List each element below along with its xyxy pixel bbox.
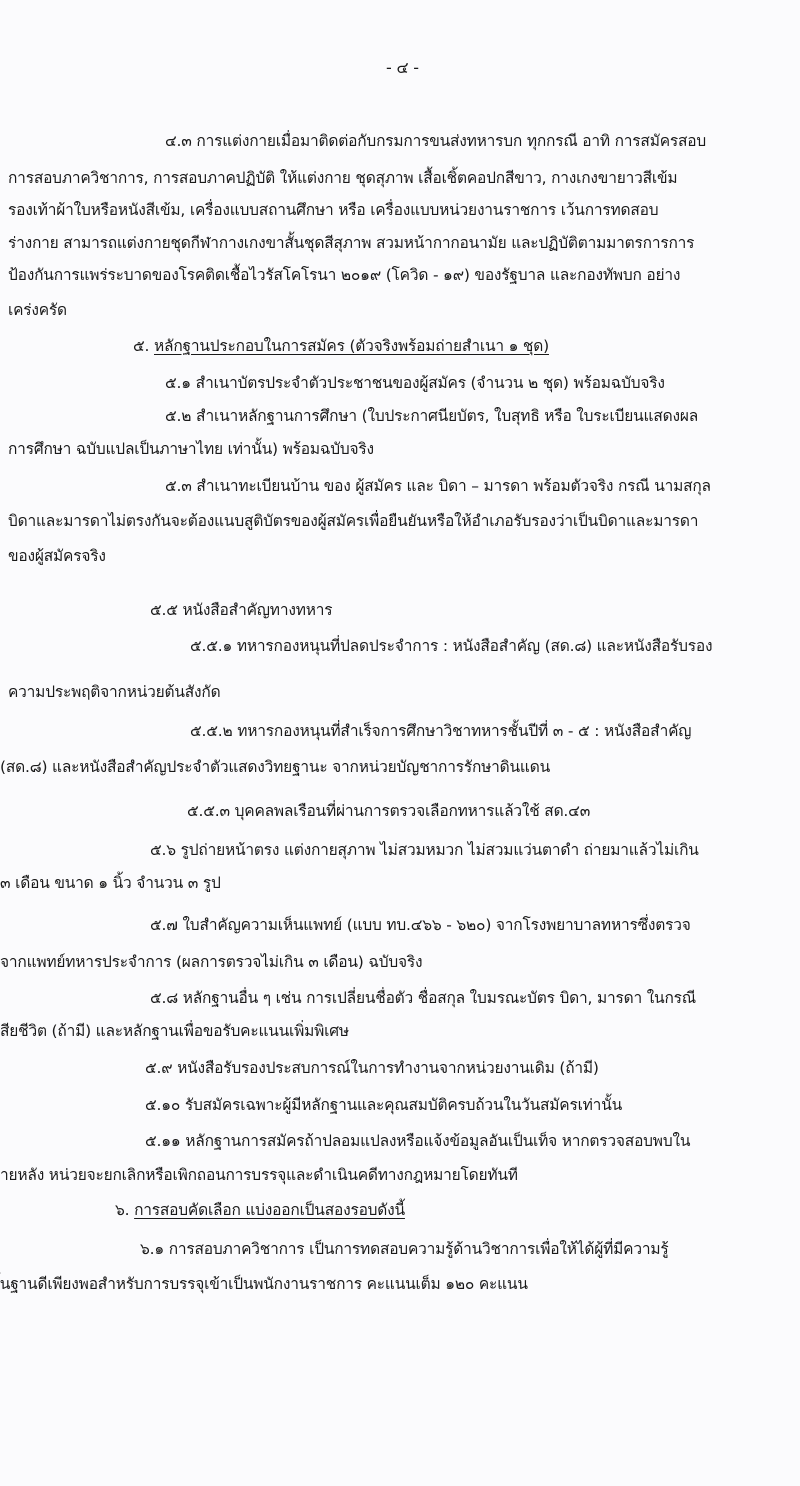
text-line: ๓ เดือน ขนาด ๑ นิ้ว จำนวน ๓ รูป — [0, 872, 221, 894]
line-text: ๖.๑ การสอบภาควิชาการ เป็นการทดสอบความรู้… — [140, 1240, 668, 1258]
page-number: - ๔ - — [386, 57, 419, 79]
text-line: ายหลัง หน่วยจะยกเลิกหรือเพิกถอนการบรรจุแ… — [0, 1164, 518, 1186]
line-text: ๕.๖ รูปถ่ายหน้าตรง แต่งกายสุภาพ ไม่สวมหม… — [150, 841, 699, 859]
text-line: ๕.๓ สำเนาทะเบียนบ้าน ของ ผู้สมัคร และ บิ… — [165, 475, 711, 497]
line-text: ้นฐานดีเพียงพอสำหรับการบรรจุเข้าเป็นพนัก… — [0, 1275, 528, 1293]
line-text: ป้องกันการแพร่ระบาดของโรคติดเชื้อไวรัสโค… — [8, 266, 680, 284]
text-line: บิดาและมารดาไม่ตรงกันจะต้องแนบสูติบัตรขอ… — [8, 510, 698, 532]
line-text: ๕.๑ สำเนาบัตรประจำตัวประชาชนของผู้สมัคร … — [165, 374, 665, 392]
text-line: การศึกษา ฉบับแปลเป็นภาษาไทย เท่านั้น) พร… — [8, 438, 374, 460]
text-line: ้นฐานดีเพียงพอสำหรับการบรรจุเข้าเป็นพนัก… — [0, 1273, 528, 1295]
line-text: ๓ เดือน ขนาด ๑ นิ้ว จำนวน ๓ รูป — [0, 874, 221, 892]
text-line: รองเท้าผ้าใบหรือหนังสีเข้ม, เครื่องแบบสถ… — [8, 199, 658, 221]
text-line: การสอบภาควิชาการ, การสอบภาคปฏิบัติ ให้แต… — [8, 167, 677, 189]
line-text: การศึกษา ฉบับแปลเป็นภาษาไทย เท่านั้น) พร… — [8, 440, 374, 458]
text-line: ๕.๑ สำเนาบัตรประจำตัวประชาชนของผู้สมัคร … — [165, 372, 665, 394]
text-line: ๕.๒ สำเนาหลักฐานการศึกษา (ใบประกาศนียบัต… — [165, 405, 698, 427]
text-line: เคร่งครัด — [8, 299, 67, 321]
text-line: ร่างกาย สามารถแต่งกายชุดกีฬากางเกงขาสั้น… — [8, 232, 694, 254]
underlined-heading-text: การสอบคัดเลือก แบ่งออกเป็นสองรอบดังนี้ — [134, 1201, 405, 1219]
line-text: การสอบภาควิชาการ, การสอบภาคปฏิบัติ ให้แต… — [8, 169, 677, 187]
text-line: ๖.๑ การสอบภาควิชาการ เป็นการทดสอบความรู้… — [140, 1238, 668, 1260]
line-text: ๕.๑๑ หลักฐานการสมัครถ้าปลอมแปลงหรือแจ้งข… — [145, 1132, 690, 1150]
line-text: ๕.๕.๓ บุคคลพลเรือนที่ผ่านการตรวจเลือกทหา… — [187, 802, 590, 820]
text-line: ๕.๑๑ หลักฐานการสมัครถ้าปลอมแปลงหรือแจ้งข… — [145, 1130, 690, 1152]
line-text: ๕.๕.๒ ทหารกองหนุนที่สำเร็จการศึกษาวิชาทห… — [190, 722, 691, 740]
section-heading: ๖. การสอบคัดเลือก แบ่งออกเป็นสองรอบดังนี… — [115, 1199, 405, 1221]
text-line: จากแพทย์ทหารประจำการ (ผลการตรวจไม่เกิน ๓… — [0, 951, 422, 973]
text-line: ๕.๕.๑ ทหารกองหนุนที่ปลดประจำการ : หนังสื… — [190, 635, 712, 657]
line-text: ๕.๓ สำเนาทะเบียนบ้าน ของ ผู้สมัคร และ บิ… — [165, 477, 711, 495]
line-text: ๕.๕.๑ ทหารกองหนุนที่ปลดประจำการ : หนังสื… — [190, 637, 712, 655]
section-heading: ๕. หลักฐานประกอบในการสมัคร (ตัวจริงพร้อม… — [133, 335, 549, 357]
text-line: ความประพฤติจากหน่วยต้นสังกัด — [8, 681, 220, 703]
line-text: ๕. — [133, 337, 154, 355]
document-page: - ๔ - ๔.๓ การแต่งกายเมื่อมาติดต่อกับกรมก… — [0, 0, 800, 1486]
line-text: ๕.๑๐ รับสมัครเฉพาะผู้มีหลักฐานและคุณสมบั… — [145, 1096, 622, 1114]
line-text: บิดาและมารดาไม่ตรงกันจะต้องแนบสูติบัตรขอ… — [8, 512, 698, 530]
text-line: ๕.๕ หนังสือสำคัญทางทหาร — [150, 599, 332, 621]
text-line: ๕.๙ หนังสือรับรองประสบการณ์ในการทำงานจาก… — [145, 1057, 599, 1079]
line-text: ๕.๙ หนังสือรับรองประสบการณ์ในการทำงานจาก… — [145, 1059, 599, 1077]
line-text: เคร่งครัด — [8, 301, 67, 319]
line-text: สียชีวิต (ถ้ามี) และหลักฐานเพื่อขอรับคะแ… — [0, 1022, 349, 1040]
line-text: ๕.๘ หลักฐานอื่น ๆ เช่น การเปลี่ยนชื่อตัว… — [150, 989, 696, 1007]
underlined-heading-text: หลักฐานประกอบในการสมัคร (ตัวจริงพร้อมถ่า… — [154, 337, 549, 355]
text-line: ของผู้สมัครจริง — [8, 545, 106, 567]
text-line: ๕.๗ ใบสำคัญความเห็นแพทย์ (แบบ ทบ.๔๖๖ - ๖… — [150, 914, 691, 936]
line-text: ๖. — [115, 1201, 134, 1219]
text-line: ๕.๖ รูปถ่ายหน้าตรง แต่งกายสุภาพ ไม่สวมหม… — [150, 839, 699, 861]
text-line: ๔.๓ การแต่งกายเมื่อมาติดต่อกับกรมการขนส่… — [165, 130, 706, 152]
line-text: ๕.๕ หนังสือสำคัญทางทหาร — [150, 601, 332, 619]
text-line: (สด.๘) และหนังสือสำคัญประจำตัวแสดงวิทยฐา… — [0, 756, 550, 778]
line-text: (สด.๘) และหนังสือสำคัญประจำตัวแสดงวิทยฐา… — [0, 758, 550, 776]
text-line: ๕.๕.๓ บุคคลพลเรือนที่ผ่านการตรวจเลือกทหา… — [187, 800, 590, 822]
text-line: ๕.๑๐ รับสมัครเฉพาะผู้มีหลักฐานและคุณสมบั… — [145, 1094, 622, 1116]
line-text: ๔.๓ การแต่งกายเมื่อมาติดต่อกับกรมการขนส่… — [165, 132, 706, 150]
line-text: จากแพทย์ทหารประจำการ (ผลการตรวจไม่เกิน ๓… — [0, 953, 422, 971]
text-line: ๕.๘ หลักฐานอื่น ๆ เช่น การเปลี่ยนชื่อตัว… — [150, 987, 696, 1009]
line-text: ๕.๗ ใบสำคัญความเห็นแพทย์ (แบบ ทบ.๔๖๖ - ๖… — [150, 916, 691, 934]
line-text: ของผู้สมัครจริง — [8, 547, 106, 565]
line-text: ร่างกาย สามารถแต่งกายชุดกีฬากางเกงขาสั้น… — [8, 234, 694, 252]
line-text: รองเท้าผ้าใบหรือหนังสีเข้ม, เครื่องแบบสถ… — [8, 201, 658, 219]
text-line: ๕.๕.๒ ทหารกองหนุนที่สำเร็จการศึกษาวิชาทห… — [190, 720, 691, 742]
line-text: ความประพฤติจากหน่วยต้นสังกัด — [8, 683, 220, 701]
line-text: ายหลัง หน่วยจะยกเลิกหรือเพิกถอนการบรรจุแ… — [0, 1166, 518, 1184]
text-line: ป้องกันการแพร่ระบาดของโรคติดเชื้อไวรัสโค… — [8, 264, 680, 286]
text-line: สียชีวิต (ถ้ามี) และหลักฐานเพื่อขอรับคะแ… — [0, 1020, 349, 1042]
line-text: ๕.๒ สำเนาหลักฐานการศึกษา (ใบประกาศนียบัต… — [165, 407, 698, 425]
